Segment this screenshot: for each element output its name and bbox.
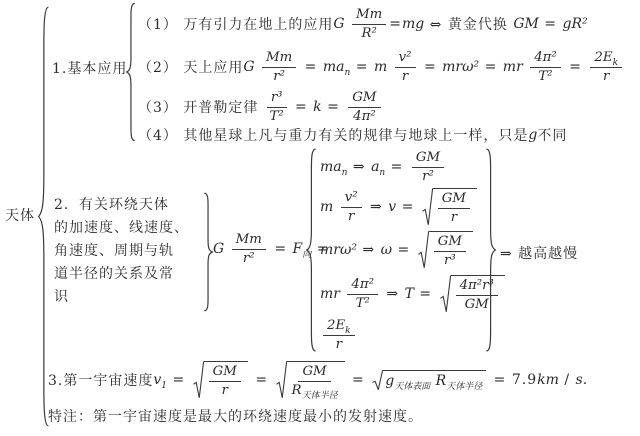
open-brace-icon: [306, 147, 318, 353]
section1-brace-open: [126, 2, 137, 142]
conclusion-higher-slower: ⇒ 越高越慢: [500, 243, 578, 265]
root-label: 天体: [5, 205, 35, 227]
section2-label: 2．有关环绕天体 的加速度、线速度、 角速度、周期与轨 道半径的关系及常 识: [54, 194, 212, 309]
section1-label: 1.基本应用: [52, 58, 127, 80]
formula-gravity-on-ground: （1） 万有引力在地上的应用G MmR²=mg ⇔ 黄金代换 GM = gR²: [138, 4, 588, 44]
special-note: 特注：第一宇宙速度是最大的环绕速度最小的发射速度。: [48, 406, 423, 428]
formula-angular-velocity: mrω² ⇒ ω = GMr³: [320, 229, 475, 271]
open-brace-icon: [126, 2, 137, 142]
formula-period: mr 4π²T² ⇒ T = 4π²r³GM: [320, 272, 507, 316]
concept-map: 天体 1.基本应用 （1） 万有引力在地上的应用G MmR²=mg ⇔ 黄金代换…: [0, 0, 640, 436]
close-brace-icon: [202, 192, 213, 312]
section2-inner-brace-close: [484, 147, 496, 353]
section2-inner-brace-open: [306, 147, 318, 353]
formula-other-planets-note: （4） 其他星球上凡与重力有关的规律与地球上一样，只是g不同: [138, 126, 567, 144]
formula-kepler-law: （3） 开普勒定律 r³T² = k = GM4π²: [138, 88, 384, 126]
formula-acceleration: man ⇒ an = GMr²: [320, 149, 447, 185]
formula-linear-velocity: m v²r ⇒ v = GMr: [320, 186, 479, 228]
section2-brace-close: [202, 192, 213, 312]
formula-first-cosmic-velocity: 3.第一宇宙速度v1 = GMr = GMR天体半径 = g天体表面 R天体半径…: [48, 357, 588, 403]
formula-gravity-in-space: （2） 天上应用G Mmr² = man = m v²r = mrω² = mr…: [138, 46, 625, 88]
formula-kinetic-term: 2Ekr: [320, 318, 358, 352]
close-brace-icon: [484, 147, 496, 353]
